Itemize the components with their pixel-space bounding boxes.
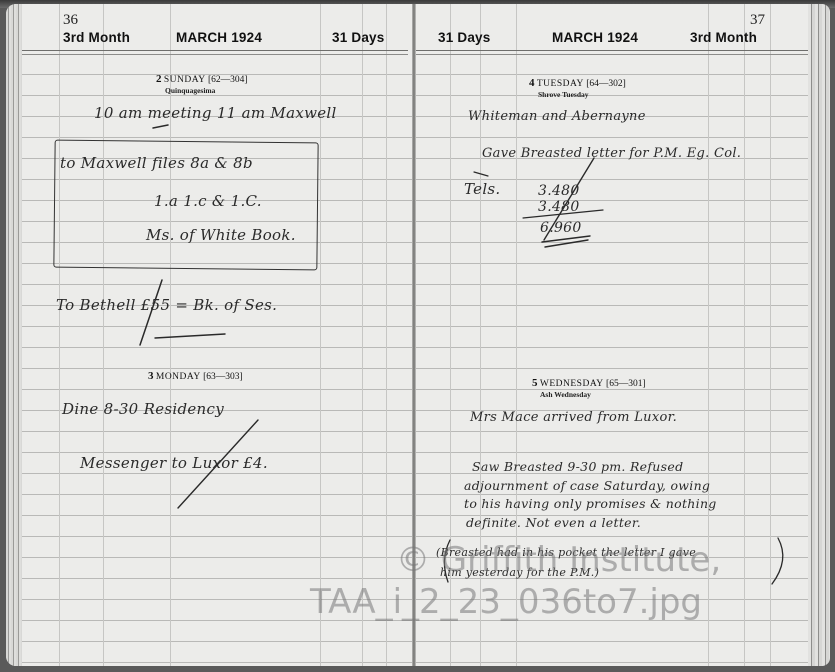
day-name: SUNDAY <box>164 75 206 85</box>
day-name: MONDAY <box>156 372 201 382</box>
handwritten-note: Gave Breasted letter for P.M. Eg. Col. <box>482 146 741 161</box>
day-name: TUESDAY <box>537 79 584 89</box>
column-rule <box>744 4 745 666</box>
handwritten-note: Messenger to Luxor £4. <box>80 454 268 472</box>
page-number: 37 <box>750 12 765 29</box>
page-number: 36 <box>63 12 78 29</box>
month-ordinal: 3rd Month <box>690 30 757 45</box>
header-rule <box>414 50 814 55</box>
day-count: [65—301] <box>606 379 646 389</box>
observance: Shrove Tuesday <box>538 90 589 99</box>
handwritten-note: Dine 8-30 Residency <box>62 400 224 418</box>
day-number: 4 <box>529 77 535 89</box>
day-name: WEDNESDAY <box>540 379 604 389</box>
handwritten-note: to Maxwell files 8a & 8b <box>60 154 253 172</box>
day-heading-tuesday: 4 TUESDAY [64—302] <box>529 77 626 89</box>
handwritten-note: Ms. of White Book. <box>146 226 296 244</box>
handwritten-figure: 3.480 <box>538 199 580 215</box>
handwritten-note: to his having only promises & nothing <box>464 496 717 511</box>
day-heading-sunday: 2 SUNDAY [62—304] <box>156 73 248 85</box>
handwritten-note: Tels. <box>464 180 500 198</box>
handwritten-note: definite. Not even a letter. <box>466 515 641 530</box>
day-count: [64—302] <box>586 79 626 89</box>
day-number: 3 <box>148 370 154 382</box>
header-rule <box>20 50 408 55</box>
day-number: 5 <box>532 377 538 389</box>
month-title: MARCH 1924 <box>176 30 262 45</box>
handwritten-note: Mrs Mace arrived from Luxor. <box>470 410 677 425</box>
days-in-month: 31 Days <box>438 30 490 45</box>
observance: Ash Wednesday <box>540 390 591 399</box>
month-ordinal: 3rd Month <box>63 30 130 45</box>
month-title: MARCH 1924 <box>552 30 638 45</box>
watermark-filename: TAA_i_2_23_036to7.jpg <box>310 582 702 622</box>
handwritten-note: To Bethell £55 = Bk. of Ses. <box>56 296 277 314</box>
day-heading-wednesday: 5 WEDNESDAY [65—301] <box>532 377 646 389</box>
page-stack-edge-right <box>808 4 830 666</box>
day-heading-monday: 3 MONDAY [63—303] <box>148 370 243 382</box>
handwritten-figure: 3.480 <box>538 183 580 199</box>
column-rule <box>386 4 387 666</box>
column-rule <box>59 4 60 666</box>
handwritten-note: Saw Breasted 9-30 pm. Refused <box>472 459 683 474</box>
handwritten-note: 10 am meeting 11 am Maxwell <box>94 104 337 122</box>
day-count: [62—304] <box>208 75 248 85</box>
column-rule <box>770 4 771 666</box>
watermark-copyright: © Griffith Institute, <box>396 540 721 580</box>
handwritten-note: Whiteman and Abernayne <box>468 109 646 124</box>
observance: Quinquagesima <box>165 86 215 95</box>
day-count: [63—303] <box>203 372 243 382</box>
diary-page-left: 36 3rd Month MARCH 1924 31 Days 2 SUNDAY… <box>6 4 414 666</box>
day-number: 2 <box>156 73 162 85</box>
handwritten-total: 6.960 <box>540 220 582 236</box>
page-stack-edge-left <box>6 4 22 666</box>
column-rule <box>362 4 363 666</box>
handwritten-note: 1.a 1.c & 1.C. <box>154 192 262 210</box>
handwritten-note: adjournment of case Saturday, owing <box>464 478 710 493</box>
days-in-month: 31 Days <box>332 30 384 45</box>
